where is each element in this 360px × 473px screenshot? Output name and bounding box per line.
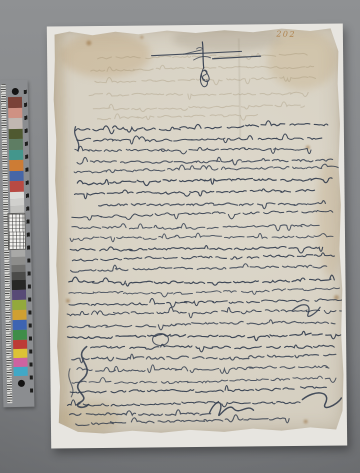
text-line xyxy=(75,143,311,157)
color-patch xyxy=(9,139,23,150)
text-line xyxy=(91,342,335,353)
folio-number: 202 xyxy=(276,30,296,39)
color-patch xyxy=(10,181,24,192)
color-patch xyxy=(12,310,26,320)
color-patch xyxy=(13,349,27,358)
color-patch xyxy=(13,330,27,340)
text-line xyxy=(70,231,333,242)
color-patch xyxy=(13,320,27,330)
ghost-text-line xyxy=(95,75,316,87)
header-cross-mark xyxy=(202,42,203,68)
text-line xyxy=(70,262,326,272)
registration-dot-icon xyxy=(14,376,28,390)
text-line xyxy=(72,210,333,221)
pen-flourish xyxy=(75,127,79,151)
ghost-text-line xyxy=(97,112,257,122)
color-patch xyxy=(12,299,26,309)
text-line xyxy=(67,305,345,320)
color-patch xyxy=(8,97,22,108)
header-cross-mark xyxy=(196,47,202,49)
ghost-text-line xyxy=(98,53,308,62)
text-line xyxy=(72,253,334,262)
text-line xyxy=(70,244,322,256)
text-line xyxy=(72,374,336,386)
color-patch xyxy=(13,358,27,367)
text-line xyxy=(77,154,333,167)
text-line xyxy=(74,163,338,173)
color-patch xyxy=(9,160,23,171)
text-line xyxy=(70,384,326,394)
header-cross-mark xyxy=(152,51,242,55)
color-patch xyxy=(12,279,26,289)
text-line xyxy=(72,351,336,363)
manuscript-page: 202 xyxy=(52,27,345,435)
color-patch xyxy=(13,340,27,349)
ghost-text-line xyxy=(89,90,308,100)
color-patch xyxy=(9,170,23,181)
pen-flourish xyxy=(209,402,253,415)
pen-flourish xyxy=(77,347,89,408)
color-patch xyxy=(8,118,22,129)
color-patch xyxy=(9,149,23,160)
text-line xyxy=(77,176,332,186)
text-line xyxy=(77,362,329,375)
text-line xyxy=(74,187,314,198)
color-patch xyxy=(12,289,26,299)
text-line xyxy=(99,201,326,211)
text-line xyxy=(77,133,322,144)
text-line xyxy=(67,319,335,331)
text-line xyxy=(72,221,319,234)
text-line xyxy=(69,296,344,309)
text-line xyxy=(70,409,211,417)
pen-flourish xyxy=(302,393,341,408)
text-line xyxy=(67,397,300,409)
text-line xyxy=(76,414,290,426)
color-patch xyxy=(8,107,22,118)
resolution-chart-block xyxy=(7,212,26,249)
photo-background: { "folio": { "number": "202", "color": "… xyxy=(0,0,360,473)
registration-dot-icon xyxy=(8,85,22,97)
text-line xyxy=(69,273,335,287)
color-patch xyxy=(14,367,28,376)
header-cross-mark xyxy=(200,68,209,87)
text-line xyxy=(69,288,340,298)
pen-flourish xyxy=(152,333,168,345)
text-line xyxy=(75,120,327,134)
color-calibration-target xyxy=(0,80,34,408)
text-line xyxy=(67,331,341,343)
ghost-text-line xyxy=(93,102,304,113)
color-patch xyxy=(9,128,23,139)
manuscript-text xyxy=(52,27,345,435)
